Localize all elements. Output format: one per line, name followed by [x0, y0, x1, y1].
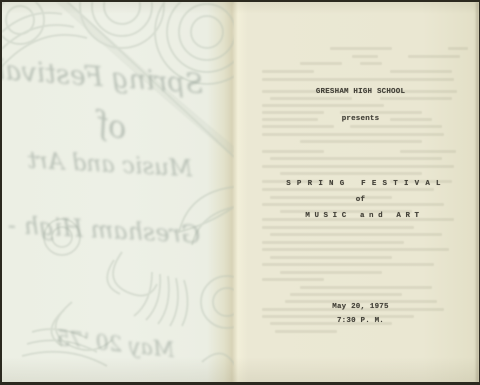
bleedthrough-text-row: [408, 55, 460, 58]
school-name: GRESHAM HIGH SCHOOL: [242, 88, 479, 96]
bleedthrough-text-row: [262, 241, 404, 244]
scanned-booklet-photo: Spring Festival of Music and Art Gresham…: [0, 0, 480, 385]
bleedthrough-text-row: [262, 104, 384, 107]
bleedthrough-text-row: [448, 47, 468, 50]
title-line-of: of: [242, 196, 479, 204]
event-date: May 20, 1975: [242, 303, 479, 311]
bleedthrough-text-row: [352, 55, 378, 58]
bleedthrough-text-row: [380, 97, 452, 100]
bleedthrough-text-row: [270, 256, 392, 259]
bleedthrough-text-row: [400, 150, 456, 153]
bleedthrough-text-row: [262, 111, 324, 114]
bleedthrough-text-row: [280, 271, 382, 274]
bleedthrough-text-row: [270, 233, 442, 236]
bleedthrough-text-row: [262, 278, 324, 281]
bleedthrough-text-row: [262, 165, 454, 168]
title-line-music-and-art: MUSIC and ART: [242, 212, 480, 220]
presents-label: presents: [242, 115, 479, 123]
open-booklet-paper: Spring Festival of Music and Art Gresham…: [2, 2, 479, 382]
bleedthrough-text-row: [300, 140, 422, 143]
bleedthrough-text-row: [300, 286, 432, 289]
bleedthrough-text-row: [262, 188, 434, 191]
bleedthrough-text-row: [360, 62, 382, 65]
bleedthrough-text-row: [300, 62, 342, 65]
bleedthrough-text-row: [262, 263, 434, 266]
bleedthrough-text-row: [270, 157, 442, 160]
bleedthrough-text-row: [262, 226, 414, 229]
bleedthrough-text-row: [290, 293, 402, 296]
bleedthrough-text-row: [262, 133, 444, 136]
bleedthrough-text-row: [262, 125, 334, 128]
right-page: GRESHAM HIGH SCHOOL presents SPRING FEST…: [242, 2, 479, 382]
left-page: Spring Festival of Music and Art Gresham…: [2, 2, 234, 382]
bleedthrough-text-row: [262, 78, 454, 81]
bleedthrough-text-row: [262, 248, 449, 251]
bleedthrough-text-row: [262, 70, 314, 73]
bleedthrough-text-row: [350, 125, 442, 128]
bleedthrough-text-row: [275, 330, 337, 333]
bleedthrough-text-row: [280, 172, 422, 175]
bleedthrough-text-row: [262, 150, 324, 153]
bleedthrough-text-row: [270, 97, 352, 100]
bleedthrough-text-row: [330, 47, 392, 50]
title-line-spring-festival: SPRING FESTIVAL: [242, 180, 480, 188]
page-edge-shadow: [476, 2, 479, 382]
bleedthrough-text-row: [340, 111, 422, 114]
event-time: 7:30 P. M.: [242, 317, 479, 325]
bleedthrough-text-row: [390, 70, 452, 73]
